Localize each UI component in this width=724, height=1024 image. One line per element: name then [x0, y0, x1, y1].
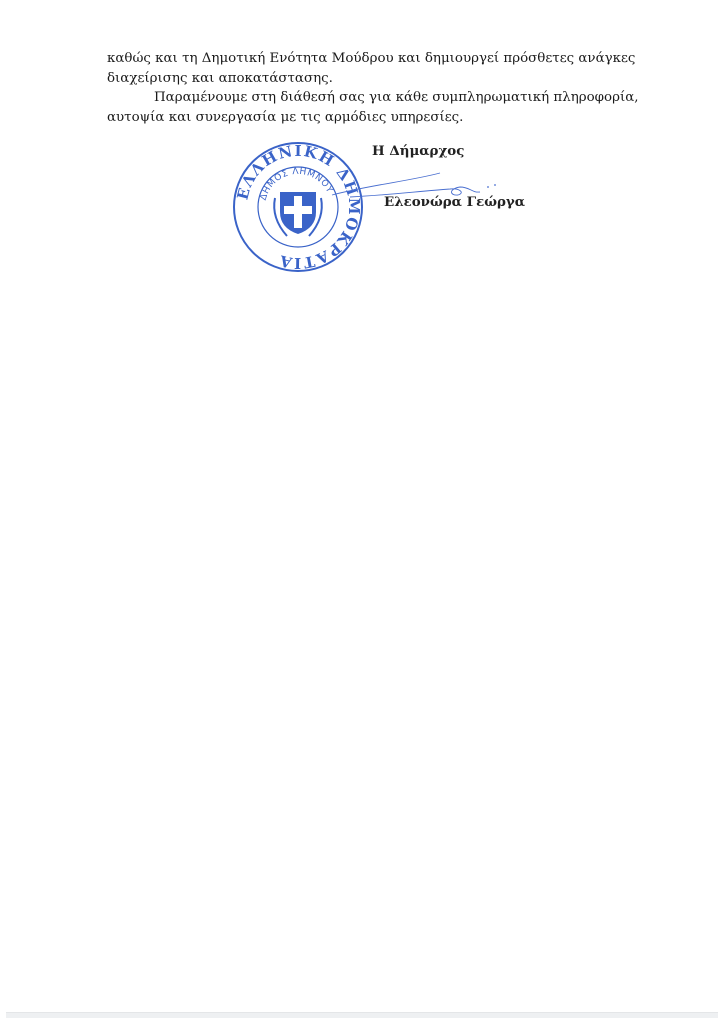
page-bottom-edge [6, 1012, 718, 1018]
paragraph-1-line-1: καθώς και τη Δημοτική Ενότητα Μούδρου κα… [107, 49, 614, 69]
paragraph-2-line-1: Παραμένουμε στη διάθεσή σας για κάθε συμ… [107, 88, 614, 108]
signatory-name: Ελεονώρα Γεώργα [384, 194, 525, 210]
body-paragraph-2: Παραμένουμε στη διάθεσή σας για κάθε συμ… [107, 88, 614, 127]
coat-of-arms-icon [274, 192, 322, 236]
body-paragraph-1: καθώς και τη Δημοτική Ενότητα Μούδρου κα… [107, 49, 614, 88]
paragraph-2-line-2: αυτοψία και συνεργασία με τις αρμόδιες υ… [107, 108, 614, 128]
signature-title: Η Δήμαρχος [372, 143, 464, 159]
paragraph-1-line-2: διαχείρισης και αποκατάστασης. [107, 69, 614, 89]
